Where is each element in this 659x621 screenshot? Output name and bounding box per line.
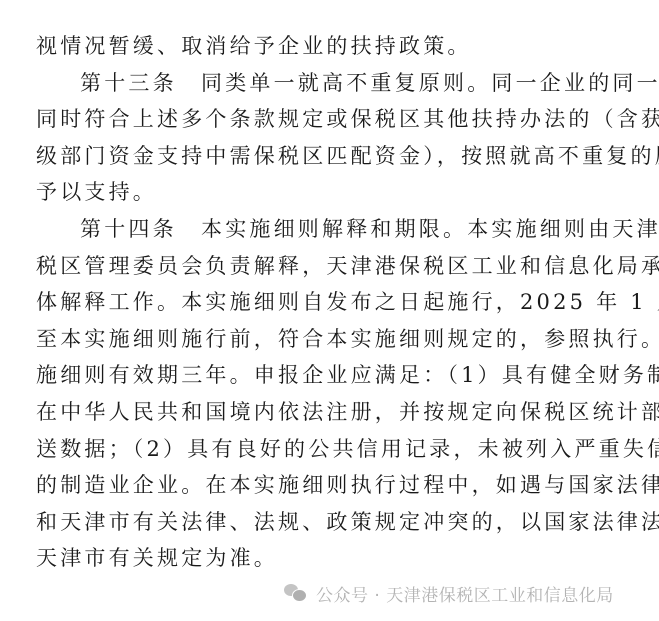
text-line: 施细则有效期三年。申报企业应满足：（1）具有健全财务制度， [36,357,622,394]
text-line: 送数据；（2）具有良好的公共信用记录，未被列入严重失信名单 [36,431,622,468]
wechat-watermark: 公众号 · 天津港保税区工业和信息化局 [284,578,614,608]
text-line: 和天津市有关法律、法规、政策规定冲突的，以国家法律法规和 [36,504,622,541]
text-line: 视情况暂缓、取消给予企业的扶持政策。 [36,28,622,65]
text-line: 体解释工作。本实施细则自发布之日起施行，2025 年 1 月 1 日 [36,284,622,321]
article-13-heading-line: 第十三条 同类单一就高不重复原则。同一企业的同一项目 [36,65,622,102]
article-14-heading-line: 第十四条 本实施细则解释和期限。本实施细则由天津港保 [36,211,622,248]
text-line: 至本实施细则施行前，符合本实施细则规定的，参照执行。本实 [36,321,622,358]
text-line: 天津市有关规定为准。 [36,540,622,577]
text-line: 在中华人民共和国境内依法注册，并按规定向保税区统计部门报 [36,394,622,431]
text-line: 级部门资金支持中需保税区匹配资金），按照就高不重复的原则 [36,138,622,175]
text-line: 的制造业企业。在本实施细则执行过程中，如遇与国家法律法规 [36,467,622,504]
wechat-icon [284,583,308,603]
text-line: 税区管理委员会负责解释，天津港保税区工业和信息化局承担具 [36,248,622,285]
text-line: 同时符合上述多个条款规定或保税区其他扶持办法的（含获得上 [36,101,622,138]
text-line: 予以支持。 [36,174,622,211]
watermark-text: 公众号 · 天津港保税区工业和信息化局 [316,581,614,606]
document-body: 视情况暂缓、取消给予企业的扶持政策。 第十三条 同类单一就高不重复原则。同一企业… [36,28,622,577]
